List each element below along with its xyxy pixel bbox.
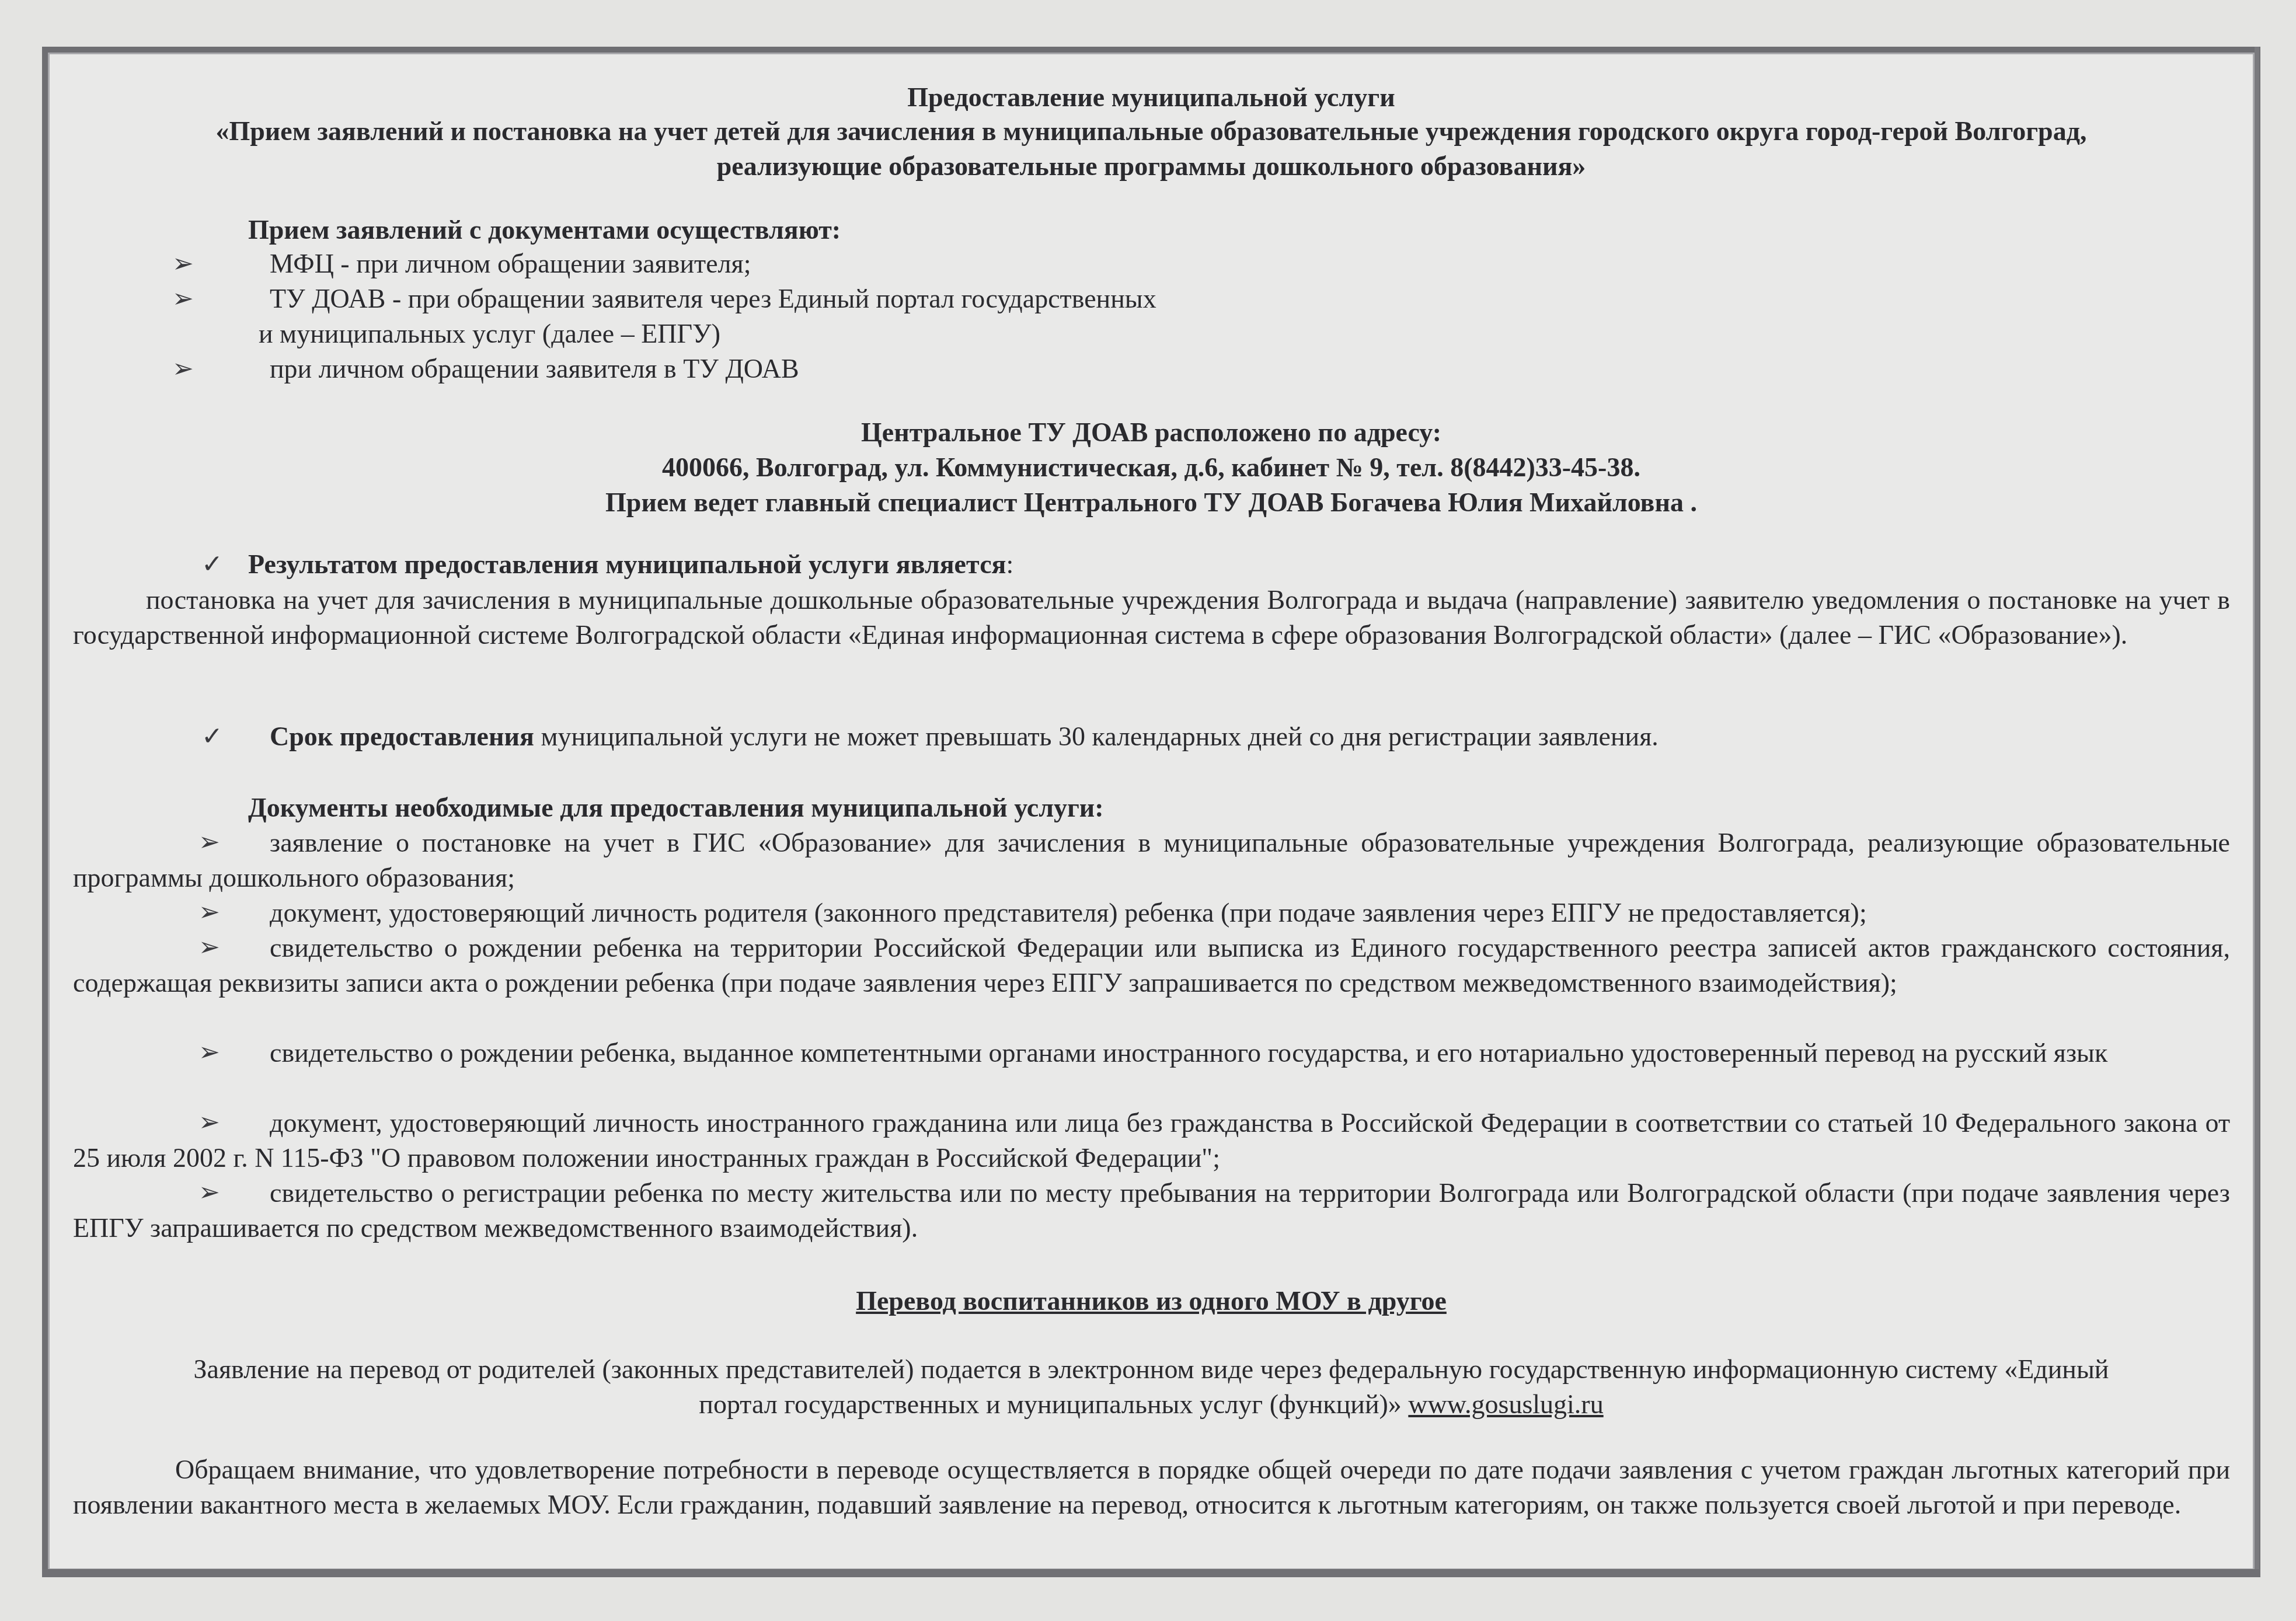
header-service-name: «Прием заявлений и постановка на учет де…	[42, 114, 2260, 148]
reception-item: ТУ ДОАВ - при обращении заявителя через …	[270, 282, 1156, 316]
result-body: постановка на учет для зачисления в муни…	[73, 583, 2230, 653]
document-item: свидетельство о рождении ребенка, выданн…	[73, 1036, 2230, 1071]
document-item: свидетельство о рождении ребенка на терр…	[73, 930, 2230, 1001]
address-details: 400066, Волгоград, ул. Коммунистическая,…	[42, 451, 2260, 484]
result-heading-colon: :	[1006, 549, 1013, 579]
document-item: заявление о постановке на учет в ГИС «Об…	[73, 825, 2230, 895]
transfer-para2: Обращаем внимание, что удовлетворение по…	[73, 1452, 2230, 1522]
result-heading-text: Результатом предоставления муниципальной…	[248, 549, 1006, 579]
reception-item-cont: и муниципальных услуг (далее – ЕПГУ)	[259, 317, 720, 351]
result-heading: Результатом предоставления муниципальной…	[248, 548, 1013, 581]
arrow-bullet-icon: ➢	[172, 352, 194, 386]
check-bullet-icon: ✓	[201, 720, 223, 754]
document-item: свидетельство о регистрации ребенка по м…	[73, 1176, 2230, 1246]
reception-heading: Прием заявлений с документами осуществля…	[248, 213, 841, 247]
gosuslugi-link[interactable]: www.gosuslugi.ru	[1408, 1389, 1603, 1419]
transfer-para1-line2: портал государственных и муниципальных у…	[42, 1388, 2260, 1421]
transfer-para1-line1: Заявление на перевод от родителей (закон…	[42, 1352, 2260, 1386]
transfer-heading: Перевод воспитанников из одного МОУ в др…	[42, 1284, 2260, 1318]
transfer-para1-text: портал государственных и муниципальных у…	[699, 1389, 1402, 1419]
header-title: Предоставление муниципальной услуги	[42, 81, 2260, 114]
term-bold: Срок предоставления	[270, 721, 534, 751]
term-rest: муниципальной услуги не может превышать …	[534, 721, 1659, 751]
documents-heading: Документы необходимые для предоставления…	[248, 791, 1104, 825]
reception-item: при личном обращении заявителя в ТУ ДОАВ	[270, 352, 799, 386]
document-content: Предоставление муниципальной услуги «При…	[0, 0, 2296, 1621]
reception-item: МФЦ - при личном обращении заявителя;	[270, 247, 751, 281]
document-item: документ, удостоверяющий личность родите…	[73, 895, 2230, 930]
arrow-bullet-icon: ➢	[172, 247, 194, 281]
check-bullet-icon: ✓	[201, 548, 223, 581]
address-heading: Центральное ТУ ДОАВ расположено по адрес…	[42, 416, 2260, 449]
arrow-bullet-icon: ➢	[172, 282, 194, 316]
document-item: документ, удостоверяющий личность иностр…	[73, 1106, 2230, 1176]
address-specialist: Прием ведет главный специалист Центральн…	[42, 486, 2260, 520]
term-text: Срок предоставления муниципальной услуги…	[270, 720, 1659, 754]
header-service-name-cont: реализующие образовательные программы до…	[42, 149, 2260, 183]
